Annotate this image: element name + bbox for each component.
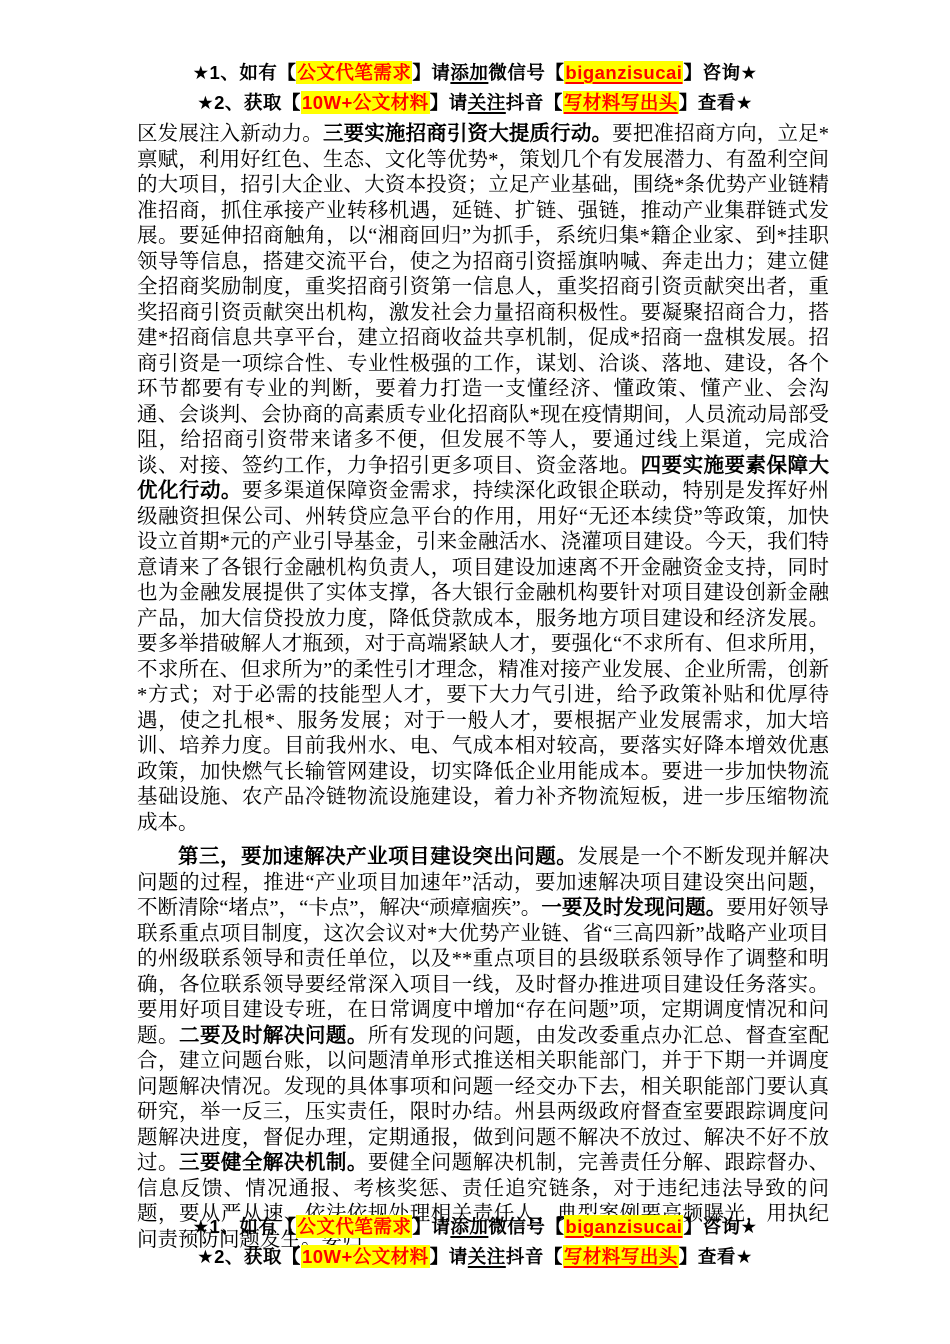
text-run: 关注 (468, 1246, 506, 1267)
text-run: 】咨询★ (683, 62, 757, 83)
text-run: 二要及时解决问题。 (179, 1025, 368, 1047)
promo-header-line-2: ★2、获取【10W+公文材料】请关注抖音【写材料写出头】查看★ (0, 88, 950, 118)
text-run: 三要实施招商引资大提质行动。 (323, 123, 612, 145)
text-run: 】请 (430, 1246, 468, 1267)
document-body: 区发展注入新动力。三要实施招商引资大提质行动。要把准招商方向，立足*禀赋，利用好… (137, 122, 829, 1253)
highlighted-text-run: 写材料写出头 (563, 1245, 679, 1268)
text-run: 微信号【 (488, 62, 564, 83)
text-run: 区发展注入新动力。 (137, 123, 323, 145)
text-run: 】咨询★ (683, 1216, 757, 1237)
text-run: 】请 (412, 62, 450, 83)
text-run: 要把准招商方向，立足*禀赋，利用好红色、生态、文化等优势*，策划几个有发展潜力、… (137, 123, 829, 477)
body-paragraph-2: 第三，要加速解决产业项目建设突出问题。发展是一个不断发现并解决问题的过程，推进“… (137, 845, 829, 1253)
highlighted-text-run: 写材料写出头 (563, 91, 679, 114)
highlighted-text-run: 10W+公文材料 (301, 1245, 430, 1268)
text-run: 三要健全解决机制。 (179, 1152, 368, 1174)
highlighted-text-run: 10W+公文材料 (301, 91, 430, 114)
promo-footer-line-1: ★1、如有【公文代笔需求】请添加微信号【biganzisucai】咨询★ (0, 1212, 950, 1242)
text-run: 第三，要加速解决产业项目建设突出问题。 (178, 846, 577, 868)
text-run: 】查看★ (679, 92, 753, 113)
text-run: 一要及时发现问题。 (541, 897, 726, 919)
text-run: 】请 (412, 1216, 450, 1237)
text-run: 添加 (450, 62, 488, 83)
text-run: ★2、获取【 (197, 1246, 301, 1267)
text-run: 微信号【 (488, 1216, 564, 1237)
text-run: 】请 (430, 92, 468, 113)
text-run: 关注 (468, 92, 506, 113)
document-page: ★1、如有【公文代笔需求】请添加微信号【biganzisucai】咨询★ ★2、… (0, 0, 950, 1344)
highlighted-text-run: biganzisucai (564, 1215, 683, 1238)
highlighted-text-run: 公文代笔需求 (296, 1215, 412, 1238)
promo-footer: ★1、如有【公文代笔需求】请添加微信号【biganzisucai】咨询★ ★2、… (0, 1212, 950, 1272)
text-run: 要多渠道保障资金需求，持续深化政银企联动，特别是发挥好州级融资担保公司、州转贷应… (137, 480, 829, 834)
text-run: ★2、获取【 (197, 92, 301, 113)
text-run: 】查看★ (679, 1246, 753, 1267)
promo-header-line-1: ★1、如有【公文代笔需求】请添加微信号【biganzisucai】咨询★ (0, 58, 950, 88)
text-run: ★1、如有【 (192, 1216, 296, 1237)
text-run: ★1、如有【 (192, 62, 296, 83)
text-run: 添加 (450, 1216, 488, 1237)
text-run: 抖音【 (506, 92, 563, 113)
highlighted-text-run: biganzisucai (564, 61, 683, 84)
promo-header: ★1、如有【公文代笔需求】请添加微信号【biganzisucai】咨询★ ★2、… (0, 0, 950, 118)
text-run: 抖音【 (506, 1246, 563, 1267)
body-paragraph-1: 区发展注入新动力。三要实施招商引资大提质行动。要把准招商方向，立足*禀赋，利用好… (137, 122, 829, 836)
highlighted-text-run: 公文代笔需求 (296, 61, 412, 84)
promo-footer-line-2: ★2、获取【10W+公文材料】请关注抖音【写材料写出头】查看★ (0, 1242, 950, 1272)
